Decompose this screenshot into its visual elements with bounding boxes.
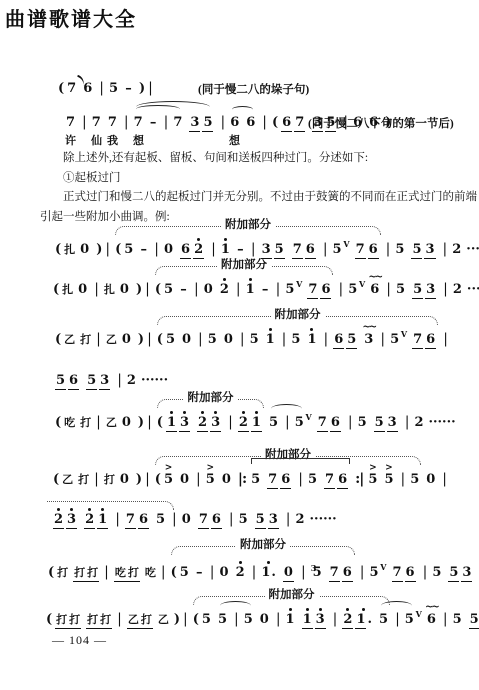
lyric-syllable: 我 [107, 132, 118, 148]
note: 6 [211, 512, 222, 529]
paragraph-line: 除上述外,还有起板、留板、句间和送板四种过门。分述如下: [40, 149, 472, 169]
note: 5 [291, 332, 300, 348]
breath-mark: V [401, 326, 407, 342]
lyric-syllable: 仙 [91, 132, 102, 148]
note: 3 [425, 282, 436, 299]
annotation-xiaju-note: (同于慢二八下句的第一节后) [308, 115, 454, 131]
score-line-example-5: (乙打|打0)|(5>0|5>0|:576|576:|5>5>|50|附加部分 [53, 471, 452, 489]
note: 2 [453, 282, 462, 298]
note: 1 [251, 415, 262, 432]
barline: | [147, 414, 152, 430]
addition-part-bracket: 附加部分 [115, 226, 381, 235]
barline: | [443, 611, 448, 627]
paragraph-line: 正式过门和慢二八的起板过门并无分别。不过由于鼓簧的不同而在正式过门的前端 [40, 188, 472, 208]
note: – [237, 242, 244, 258]
note: 5 [156, 512, 165, 528]
note: 5V [295, 415, 304, 431]
note: 3 [179, 415, 190, 432]
breath-mark: V [296, 276, 302, 292]
slur [232, 106, 253, 113]
note: 7 [324, 472, 335, 489]
note: 7 [292, 242, 303, 259]
barline: | [443, 281, 448, 297]
note: 5 [469, 612, 479, 629]
note: 5 [208, 332, 217, 348]
paren: ( [157, 415, 163, 431]
paren: ( [48, 565, 54, 581]
note: 7 [173, 115, 182, 131]
note: 3 [387, 415, 398, 432]
note: 6 [405, 565, 416, 582]
barline: | [301, 564, 306, 580]
barline: | [360, 564, 365, 580]
note: 1. [355, 612, 372, 629]
barline: | [104, 564, 109, 580]
note: 5 [308, 472, 317, 488]
note: ······ [466, 242, 479, 258]
note: 7 [412, 332, 423, 349]
slur [136, 101, 210, 113]
note: 0 [182, 332, 191, 348]
paragraph-block: 除上述外,还有起板、留板、句间和送板四种过门。分述如下: ①起板过门 正式过门和… [40, 149, 472, 227]
barline: | [400, 471, 405, 487]
breath-mark: V [343, 236, 349, 252]
barline: | [395, 611, 400, 627]
note: 5V [369, 565, 378, 581]
note: 5 [86, 373, 97, 390]
barline: | [94, 281, 99, 297]
note: 5 [432, 565, 441, 581]
note: 5 [313, 565, 322, 581]
percussion-syllable: 乙 [106, 332, 117, 348]
note: 5V [285, 282, 294, 298]
note: – [125, 81, 132, 97]
note: ······ [141, 373, 168, 389]
note: – [262, 282, 269, 298]
paren: ( [58, 81, 64, 97]
percussion-syllable: 吃 [64, 415, 75, 431]
paren: ( [55, 415, 61, 431]
barline: | [405, 414, 410, 430]
note: 1 [246, 282, 255, 298]
score-line-intro-upper: (76|5–)| [58, 80, 158, 98]
percussion-syllable: 乙 [127, 612, 140, 629]
barline: | [96, 414, 101, 430]
note: 7 [66, 115, 75, 131]
barline: | [262, 114, 267, 130]
score-line-example-3-continuation: 5653|2······ [55, 372, 175, 390]
barline: | [210, 564, 215, 580]
note: 0 [122, 415, 131, 431]
lyric-syllable: 许 [65, 132, 76, 148]
percussion-syllable: 乙 [64, 332, 75, 348]
lyric-syllable: 想 [229, 132, 240, 148]
note: 5 [412, 282, 423, 299]
barline: :| [355, 471, 363, 487]
note: 1 [286, 612, 295, 628]
note: 0 [224, 332, 233, 348]
breath-mark: V [359, 276, 365, 292]
note: 2 [220, 282, 229, 298]
barline: | [285, 414, 290, 430]
percussion-syllable: 扎 [64, 242, 75, 258]
note: 0 [283, 565, 294, 582]
paren: ( [155, 472, 161, 488]
barline: | [286, 511, 291, 527]
note: 5 [202, 612, 211, 628]
barline: | [145, 471, 150, 487]
barline: | [323, 241, 328, 257]
note: 2 [127, 373, 136, 389]
note: 0 [122, 332, 131, 348]
note: 5> [368, 472, 377, 488]
paren: ) [139, 81, 145, 97]
note: 5> [164, 472, 173, 488]
barline: |: [238, 471, 246, 487]
barline: | [148, 80, 153, 96]
note: – [140, 242, 147, 258]
note: 1 [307, 332, 316, 348]
note: 0 [120, 472, 129, 488]
note: 3 [315, 612, 326, 629]
note: 3 [210, 415, 221, 432]
note: 6 [368, 242, 379, 259]
note: 7 [355, 242, 366, 259]
score-line-example-7: (打打打打|乙打乙)|(55|50|113|21.5|5V6~~|553|2··… [46, 611, 479, 629]
paren: ( [55, 332, 61, 348]
barline: | [196, 471, 201, 487]
note: 5 [411, 242, 422, 259]
score-line-example-1: (扎0)|(5–|062|1–|3576|5V76|553|2······附加部… [55, 241, 479, 259]
barline: | [333, 611, 338, 627]
note: 0 [180, 472, 189, 488]
note: 5 [166, 332, 175, 348]
note: 6 [281, 115, 292, 132]
barline: | [386, 281, 391, 297]
note: 0 [120, 282, 129, 298]
note: 6 [280, 472, 291, 489]
percussion-syllable: 乙 [106, 415, 117, 431]
bracket-tail [47, 501, 174, 510]
paren: ) [136, 282, 142, 298]
breath-mark: V [306, 409, 312, 425]
note: 5 [410, 472, 419, 488]
note: 5V [405, 612, 414, 628]
note: 1 [166, 415, 177, 432]
score-line-example-2: (扎0|扎0)|(5–|02|1–|5V76|5V6~~|553|2······… [53, 281, 479, 299]
note: 6 [138, 512, 149, 529]
note: 2 [342, 612, 353, 629]
note: 5 [358, 415, 367, 431]
barline: | [161, 564, 166, 580]
paren: ) [138, 415, 144, 431]
score-line-example-6: (打打打|吃打吃|(5–|02|1.0|3576|5V76|553|2·····… [48, 561, 479, 579]
note: 6 [230, 115, 239, 131]
note: 5 [453, 612, 462, 628]
barline: | [276, 281, 281, 297]
barline: | [105, 241, 110, 257]
barline: | [211, 241, 216, 257]
note: 0 [220, 565, 229, 581]
note: 6 [305, 242, 316, 259]
note: 0 [182, 512, 191, 528]
barline: | [234, 611, 239, 627]
note: 5 [244, 612, 253, 628]
note: 5 [395, 242, 404, 258]
addition-part-bracket: 附加部分 [157, 399, 264, 408]
note: 5V [348, 282, 357, 298]
note: 7 [392, 565, 403, 582]
note: 6 [246, 115, 255, 131]
note: 5 [274, 242, 285, 259]
note: 0 [426, 472, 435, 488]
note: 3 [66, 512, 77, 529]
breath-mark: V [416, 606, 422, 622]
note: 5> [384, 472, 393, 488]
note: 2 [53, 512, 64, 529]
barline: | [443, 241, 448, 257]
addition-part-bracket: 附加部分 [193, 596, 390, 605]
note: 5 [250, 332, 259, 348]
barline: | [228, 414, 233, 430]
percussion-syllable: 打 [86, 612, 99, 629]
page: 曲谱歌谱大全 (76|5–)| (同于慢二八的垛子句) 7|77|7–|735|… [0, 0, 479, 690]
note: 2 [193, 242, 204, 259]
percussion-syllable: 打 [57, 565, 68, 581]
barline: | [117, 372, 122, 388]
note: 3 [261, 242, 272, 259]
note: 1 [97, 512, 108, 529]
note: 6 [83, 81, 92, 97]
note: 7 [67, 81, 76, 97]
note: 6~~ [370, 282, 379, 298]
barline: | [236, 281, 241, 297]
barline: | [252, 564, 257, 580]
note: 1 [221, 242, 230, 258]
barline: | [229, 511, 234, 527]
note: 6 [425, 332, 436, 349]
barline: | [96, 331, 101, 347]
addition-part-label: 附加部分 [265, 589, 319, 602]
note: 2 [84, 512, 95, 529]
barline: | [99, 80, 104, 96]
lyric-syllable: 想 [133, 132, 144, 148]
paren: ) [136, 472, 142, 488]
note: 2 [197, 415, 208, 432]
note: – [196, 565, 203, 581]
note: ······ [467, 282, 479, 298]
note: 5 [218, 612, 227, 628]
barline: | [147, 331, 152, 347]
score-line-example-4: (吃打|乙0)|(1323|215|5V76|553|2······附加部分 [55, 414, 463, 432]
note: 7 [108, 115, 117, 131]
barline: | [348, 414, 353, 430]
note: – [150, 115, 157, 131]
note: 7 [92, 115, 101, 131]
percussion-syllable: 打 [55, 612, 68, 629]
barline: | [154, 241, 159, 257]
percussion-syllable: 打 [80, 332, 91, 348]
note: 7 [125, 512, 136, 529]
barline: | [164, 114, 169, 130]
note: 5V [390, 332, 399, 348]
note: 3 [424, 242, 435, 259]
note: 0 [204, 282, 213, 298]
note: 0 [164, 242, 173, 258]
repeat-bracket [251, 458, 350, 464]
addition-part-label: 附加部分 [217, 259, 271, 272]
note: 7 [267, 472, 278, 489]
percussion-syllable: 打 [78, 472, 89, 488]
barline: | [443, 331, 448, 347]
barline: | [282, 331, 287, 347]
note: 2 [452, 242, 461, 258]
percussion-syllable: 打 [73, 565, 86, 582]
note: 5 [109, 81, 118, 97]
note: 5> [206, 472, 215, 488]
note: 5V [333, 242, 342, 258]
barline: | [251, 241, 256, 257]
addition-part-bracket: 附加部分 [171, 546, 355, 555]
note: 6 [68, 373, 79, 390]
note: 5 [396, 282, 405, 298]
note: 0 [222, 472, 231, 488]
note: 6~~ [427, 612, 436, 628]
barline: | [240, 331, 245, 347]
note: 5 [374, 415, 385, 432]
paren: ( [193, 612, 199, 628]
addition-part-bracket: 附加部分 [155, 266, 333, 275]
score-line-example-3: (乙打|乙0)|(50|50|51|51|653~~|5V76|附加部分 [55, 331, 453, 349]
slur [271, 404, 302, 413]
percussion-syllable: 打 [86, 565, 99, 582]
barline: | [183, 611, 188, 627]
note: 3 [99, 373, 110, 390]
breath-mark: V [380, 559, 386, 575]
note: 2 [295, 512, 304, 528]
paren: ( [155, 282, 161, 298]
barline: | [423, 564, 428, 580]
barline: | [323, 331, 328, 347]
note: 5 [164, 282, 173, 298]
paragraph-line: ①起板过门 [40, 169, 472, 189]
barline: | [386, 241, 391, 257]
note: 7 [294, 115, 305, 132]
note: 5 [202, 115, 213, 132]
barline: | [380, 331, 385, 347]
barline: | [145, 281, 150, 297]
percussion-syllable: 乙 [62, 472, 73, 488]
percussion-syllable: 打 [104, 472, 115, 488]
note: 3 [268, 512, 279, 529]
barline: | [172, 511, 177, 527]
barline: | [124, 114, 129, 130]
trill-mark: ~~ [368, 270, 381, 286]
paren: ( [157, 332, 163, 348]
percussion-syllable: 吃 [145, 565, 156, 581]
addition-part-label: 附加部分 [236, 539, 290, 552]
percussion-syllable: 打 [127, 565, 140, 582]
paren: ( [272, 115, 278, 131]
note: 0 [78, 282, 87, 298]
addition-part-label: 附加部分 [271, 309, 325, 322]
addition-part-label: 附加部分 [184, 392, 238, 405]
note: 6 [320, 282, 331, 299]
barline: | [298, 471, 303, 487]
percussion-syllable: 扎 [104, 282, 115, 298]
note: 7 [329, 565, 340, 582]
barline: | [94, 471, 99, 487]
percussion-syllable: 打 [80, 415, 91, 431]
annotation-duozi-note: (同于慢二八的垛子句) [198, 81, 309, 97]
note: 2 [236, 565, 245, 581]
note: 7 [317, 415, 328, 432]
note: 6 [330, 415, 341, 432]
barline: | [338, 281, 343, 297]
note: 7 [198, 512, 209, 529]
note: 2 [238, 415, 249, 432]
paren: ) [138, 332, 144, 348]
note: 6 [180, 242, 191, 259]
note: 5 [124, 242, 133, 258]
page-title: 曲谱歌谱大全 [5, 3, 137, 32]
note: 0 [80, 242, 89, 258]
note: 7 [307, 282, 318, 299]
percussion-syllable: 打 [99, 612, 112, 629]
percussion-syllable: 乙 [158, 612, 169, 628]
note: 3 [189, 115, 200, 132]
note: ······ [310, 512, 337, 528]
addition-part-bracket: 附加部分 [157, 316, 438, 325]
paren: ( [55, 242, 61, 258]
barline: | [198, 331, 203, 347]
note: 5 [239, 512, 248, 528]
percussion-syllable: 打 [68, 612, 81, 629]
addition-part-label: 附加部分 [221, 219, 275, 232]
percussion-syllable: 打 [140, 612, 153, 629]
note: 5 [255, 512, 266, 529]
barline: | [194, 281, 199, 297]
paren: ( [115, 242, 121, 258]
percussion-syllable: 扎 [62, 282, 73, 298]
note: 1 [266, 332, 275, 348]
note: 5 [180, 565, 189, 581]
paren: ( [53, 472, 59, 488]
note: 3 [461, 565, 472, 582]
paren: ) [174, 612, 180, 628]
note: 3~~ [364, 332, 373, 348]
paren: ( [46, 612, 52, 628]
note: 6 [337, 472, 348, 489]
score-line-example-5-continuation: 2321|765|076|553|2······ [53, 511, 344, 529]
note: – [180, 282, 187, 298]
note: 5 [448, 565, 459, 582]
note: 1 [302, 612, 313, 629]
percussion-syllable: 吃 [114, 565, 127, 582]
barline: | [276, 611, 281, 627]
note: 0 [260, 612, 269, 628]
trill-mark: ~~ [425, 600, 438, 616]
note: 5 [346, 332, 357, 349]
note: 7 [134, 115, 143, 131]
paren: ) [96, 242, 102, 258]
note: ······ [428, 415, 455, 431]
note: 2 [414, 415, 423, 431]
note: 1. [261, 565, 276, 581]
note: 5 [379, 612, 388, 628]
note: 6 [333, 332, 344, 349]
note: 6 [342, 565, 353, 582]
